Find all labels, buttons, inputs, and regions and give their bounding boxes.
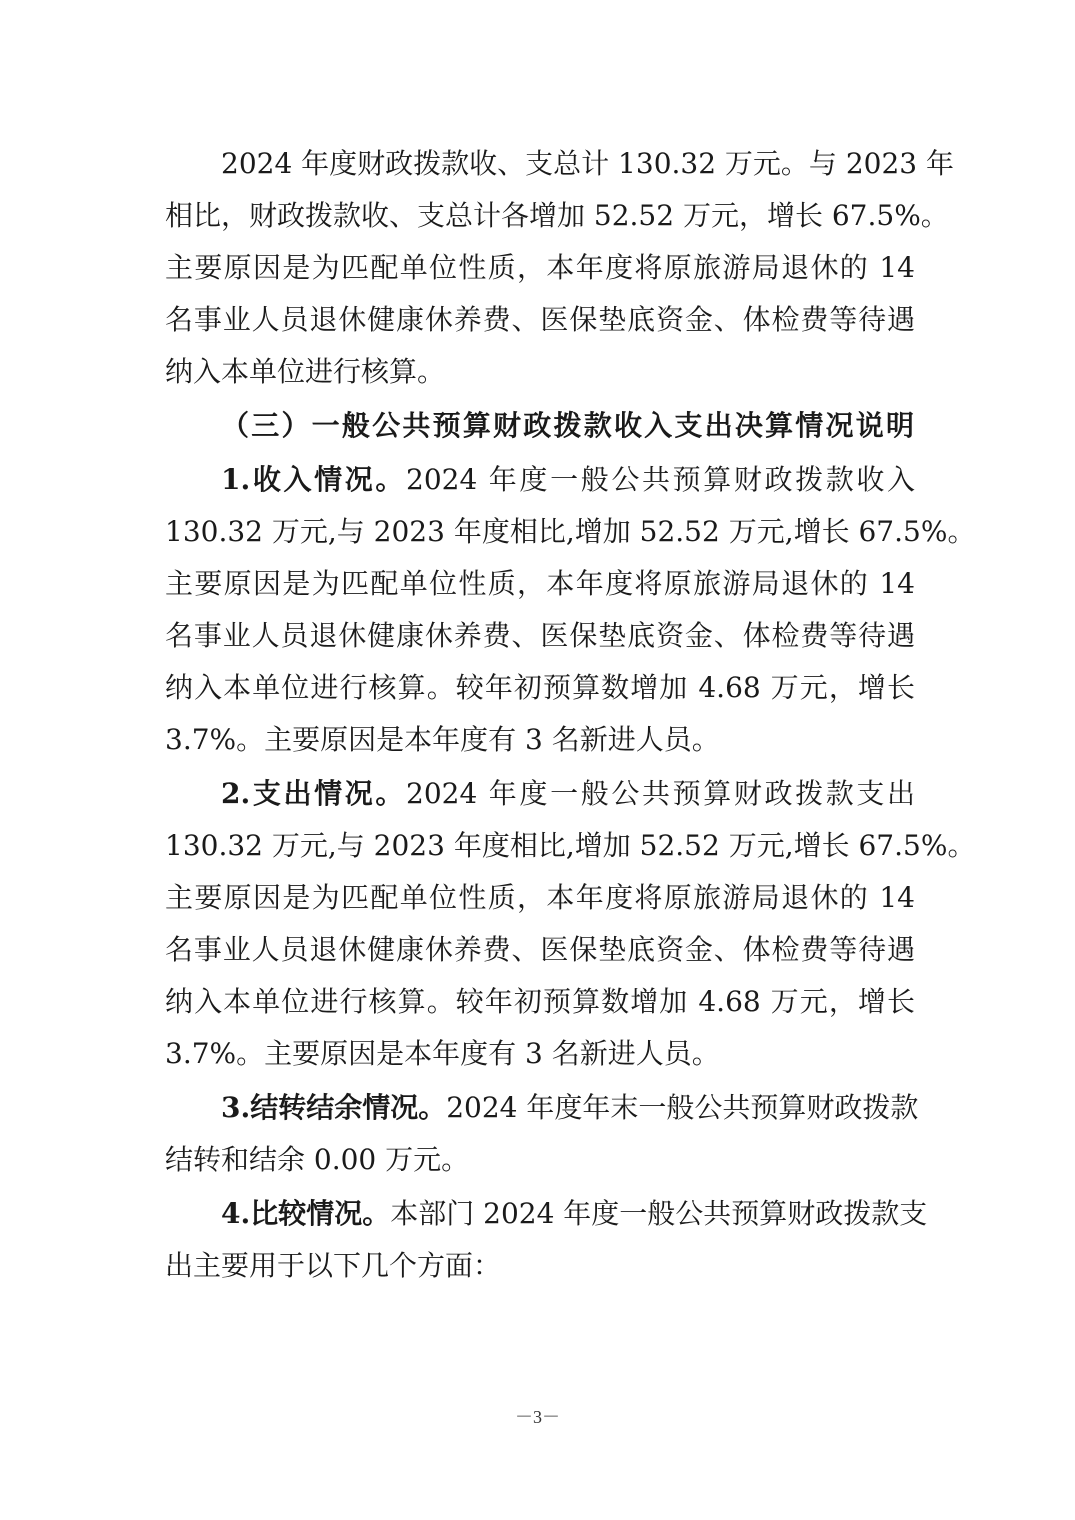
- item-2-text: 2024 年度一般公共预算财政拨款支出: [406, 777, 915, 810]
- item-1-text: 2024 年度一般公共预算财政拨款收入: [406, 463, 915, 496]
- paragraph-line: 2024 年度财政拨款收、支总计 130.32 万元。与 2023 年: [165, 138, 915, 190]
- item-4-label: 4.比较情况。: [221, 1197, 390, 1230]
- paragraph-line: 名事业人员退休健康休养费、医保垫底资金、体检费等待遇: [165, 294, 915, 346]
- item-2-first-line: 2.支出情况。2024 年度一般公共预算财政拨款支出: [165, 768, 915, 820]
- paragraph-line: 主要原因是为匹配单位性质，本年度将原旅游局退休的 14: [165, 872, 915, 924]
- section-heading: （三）一般公共预算财政拨款收入支出决算情况说明: [221, 400, 915, 452]
- paragraph-line: 130.32 万元,与 2023 年度相比,增加 52.52 万元,增长 67.…: [165, 506, 915, 558]
- item-3-text: 2024 年度年末一般公共预算财政拨款: [446, 1091, 918, 1124]
- paragraph-line: 相比，财政拨款收、支总计各增加 52.52 万元，增长 67.5%。: [165, 190, 915, 242]
- item-1-label: 1.收入情况。: [221, 463, 406, 496]
- paragraph-line: 纳入本单位进行核算。较年初预算数增加 4.68 万元，增长: [165, 662, 915, 714]
- paragraph-line: 出主要用于以下几个方面：: [165, 1240, 915, 1292]
- paragraph-line: 主要原因是为匹配单位性质，本年度将原旅游局退休的 14: [165, 242, 915, 294]
- item-4-first-line: 4.比较情况。本部门 2024 年度一般公共预算财政拨款支: [165, 1188, 915, 1240]
- paragraph-line: 130.32 万元,与 2023 年度相比,增加 52.52 万元,增长 67.…: [165, 820, 915, 872]
- paragraph-line: 3.7%。主要原因是本年度有 3 名新进人员。: [165, 1028, 915, 1080]
- paragraph-line: 纳入本单位进行核算。较年初预算数增加 4.68 万元，增长: [165, 976, 915, 1028]
- paragraph-line: 3.7%。主要原因是本年度有 3 名新进人员。: [165, 714, 915, 766]
- item-3-first-line: 3.结转结余情况。2024 年度年末一般公共预算财政拨款: [165, 1082, 915, 1134]
- item-4-text: 本部门 2024 年度一般公共预算财政拨款支: [390, 1197, 927, 1230]
- paragraph-line: 名事业人员退休健康休养费、医保垫底资金、体检费等待遇: [165, 610, 915, 662]
- paragraph-line: 名事业人员退休健康休养费、医保垫底资金、体检费等待遇: [165, 924, 915, 976]
- item-2-label: 2.支出情况。: [221, 777, 406, 810]
- page-number: －3－: [0, 1403, 1075, 1429]
- paragraph-line: 主要原因是为匹配单位性质，本年度将原旅游局退休的 14: [165, 558, 915, 610]
- paragraph-line: 纳入本单位进行核算。: [165, 346, 915, 398]
- item-1-first-line: 1.收入情况。2024 年度一般公共预算财政拨款收入: [165, 454, 915, 506]
- paragraph-line: 结转和结余 0.00 万元。: [165, 1134, 915, 1186]
- item-3-label: 3.结转结余情况。: [221, 1091, 446, 1124]
